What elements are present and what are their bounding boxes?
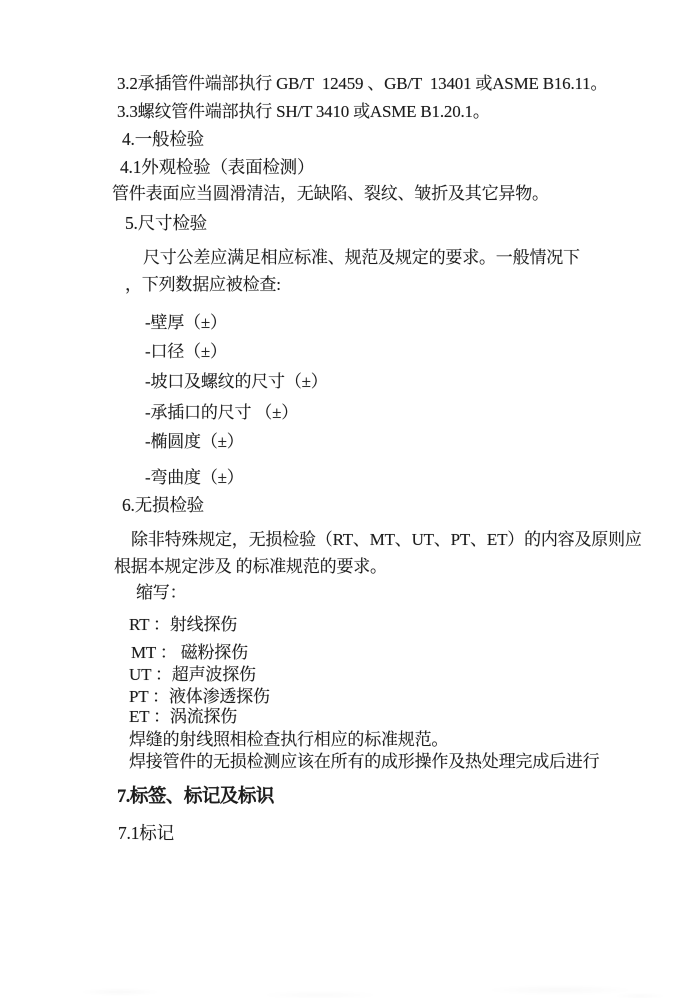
item-bevel-thread-size: -坡口及螺纹的尺寸（±） [145, 371, 328, 393]
para-weld-radiography: 焊缝的射线照相检查执行相应的标准规范。 [129, 729, 448, 751]
abbr-et-eddy-current: ET ：涡流探伤 [129, 706, 237, 728]
heading-7-labels-marks: 7.标签、标记及标识 [117, 786, 274, 808]
heading-6-ndt-inspection: 6.无损检验 [122, 494, 204, 516]
abbr-pt-penetrant: PT ：液体渗透探伤 [129, 686, 270, 708]
heading-4-1-visual-inspection: 4.1外观检验（表面检测） [120, 156, 314, 178]
item-ovality: -椭圆度（±） [145, 431, 244, 453]
abbr-mt-magnetic: MT ： 磁粉探伤 [131, 642, 248, 664]
heading-5-dimension-inspection: 5.尺寸检验 [125, 212, 207, 234]
para-ndt-content-continued: 根据本规定涉及 的标准规范的要求。 [114, 556, 387, 578]
line-3-2-socket-fitting-ends: 3.2承插管件端部执行 GB/T 12459 、GB/T 13401 或ASME… [117, 73, 607, 95]
item-wall-thickness: -壁厚（±） [145, 312, 227, 334]
label-abbreviations: 缩写： [136, 582, 186, 604]
item-bend: -弯曲度（±） [145, 467, 244, 489]
para-welded-fittings-ndt: 焊接管件的无损检测应该在所有的成形操作及热处理完成后进行 [129, 751, 599, 773]
para-surface-requirement: 管件表面应当圆滑清洁，无缺陷、裂纹、皱折及其它异物。 [112, 183, 549, 205]
para-dimension-tolerance: 尺寸公差应满足相应标准、规范及规定的要求。一般情况下 [143, 247, 580, 269]
scan-noise-artifact [0, 972, 700, 998]
para-ndt-content: 除非特殊规定，无损检验（RT、MT、UT、PT、ET）的内容及原则应 [131, 529, 642, 551]
abbr-ut-ultrasonic: UT ：超声波探伤 [129, 664, 256, 686]
abbr-rt-radiographic: RT ：射线探伤 [129, 614, 237, 636]
heading-7-1-marking: 7.1标记 [118, 822, 174, 844]
document-page: 3.2承插管件端部执行 GB/T 12459 、GB/T 13401 或ASME… [0, 0, 700, 998]
heading-4-general-inspection: 4.一般检验 [122, 128, 204, 150]
item-diameter: -口径（±） [145, 341, 227, 363]
item-socket-size: -承插口的尺寸 （±） [145, 402, 298, 424]
line-3-3-threaded-fitting-ends: 3.3螺纹管件端部执行 SH/T 3410 或ASME B1.20.1。 [117, 101, 490, 123]
para-data-to-check: ，下列数据应被检查: [125, 274, 281, 296]
